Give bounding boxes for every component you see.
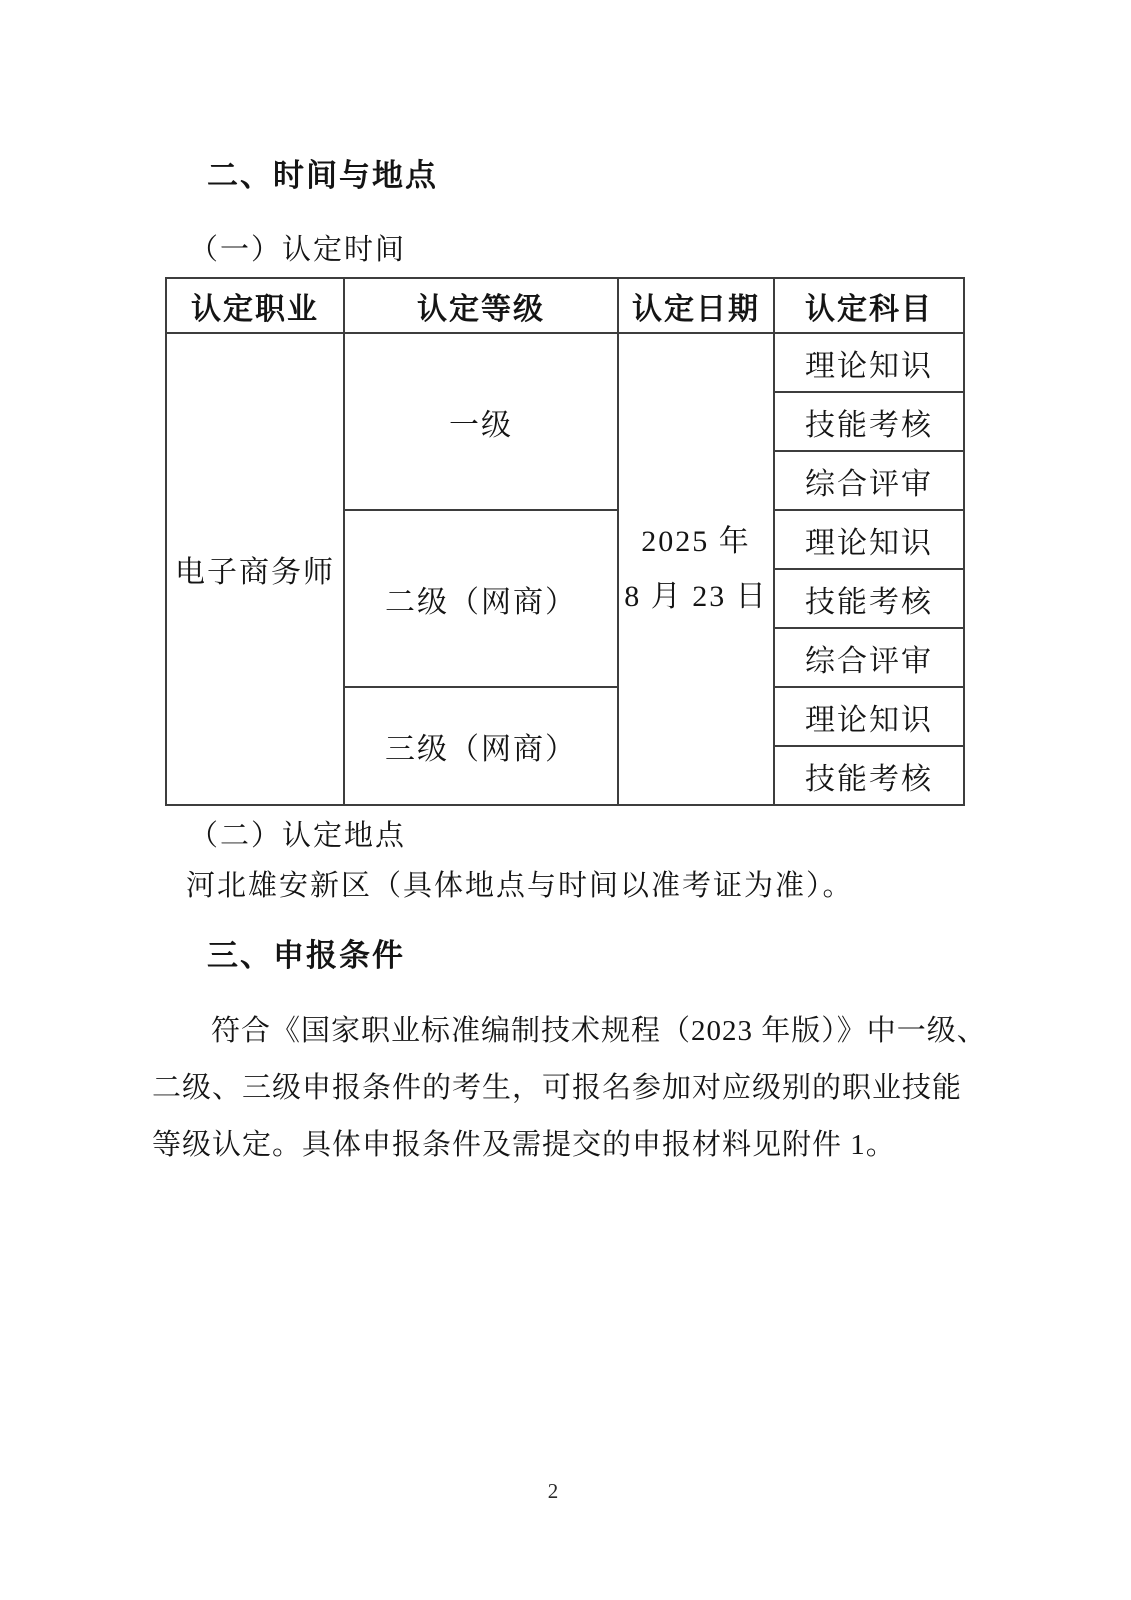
date-line-year: 2025 年	[619, 514, 773, 569]
level-1-cell: 一级	[344, 333, 618, 510]
document-page: 二、时间与地点 （一）认定时间 认定职业 认定等级 认定日期 认定科目 电子商务…	[0, 0, 1131, 1600]
page-number: 2	[540, 1479, 566, 1504]
subsection-heading-cert-time: （一）认定时间	[189, 233, 406, 267]
subject-cell: 理论知识	[774, 333, 964, 392]
subject-cell: 技能考核	[774, 746, 964, 805]
paragraph-line: 等级认定。具体申报条件及需提交的申报材料见附件 1。	[152, 1117, 992, 1174]
subject-cell: 综合评审	[774, 628, 964, 687]
subject-cell: 技能考核	[774, 392, 964, 451]
level-3-cell: 三级（网商）	[344, 687, 618, 805]
subject-cell: 技能考核	[774, 569, 964, 628]
header-subject: 认定科目	[774, 278, 964, 333]
table-row: 电子商务师 一级 2025 年 8 月 23 日 理论知识	[166, 333, 964, 392]
application-paragraph: 符合《国家职业标准编制技术规程（2023 年版）》中一级、 二级、三级申报条件的…	[152, 1003, 992, 1174]
header-occupation: 认定职业	[166, 278, 344, 333]
location-text: 河北雄安新区（具体地点与时间以准考证为准）。	[186, 866, 854, 906]
section-heading-time-place: 二、时间与地点	[207, 158, 438, 194]
table-header-row: 认定职业 认定等级 认定日期 认定科目	[166, 278, 964, 333]
paragraph-line: 二级、三级申报条件的考生，可报名参加对应级别的职业技能	[152, 1060, 992, 1117]
certification-schedule-table: 认定职业 认定等级 认定日期 认定科目 电子商务师 一级 2025 年 8 月 …	[165, 277, 965, 806]
subject-cell: 综合评审	[774, 451, 964, 510]
section-heading-application: 三、申报条件	[207, 938, 405, 974]
header-level: 认定等级	[344, 278, 618, 333]
occupation-cell: 电子商务师	[166, 333, 344, 805]
date-line-day: 8 月 23 日	[619, 569, 773, 624]
subject-cell: 理论知识	[774, 687, 964, 746]
paragraph-line: 符合《国家职业标准编制技术规程（2023 年版）》中一级、	[152, 1003, 992, 1060]
subsection-heading-cert-location: （二）认定地点	[189, 819, 406, 853]
header-date: 认定日期	[618, 278, 774, 333]
date-cell: 2025 年 8 月 23 日	[618, 333, 774, 805]
subject-cell: 理论知识	[774, 510, 964, 569]
level-2-cell: 二级（网商）	[344, 510, 618, 687]
